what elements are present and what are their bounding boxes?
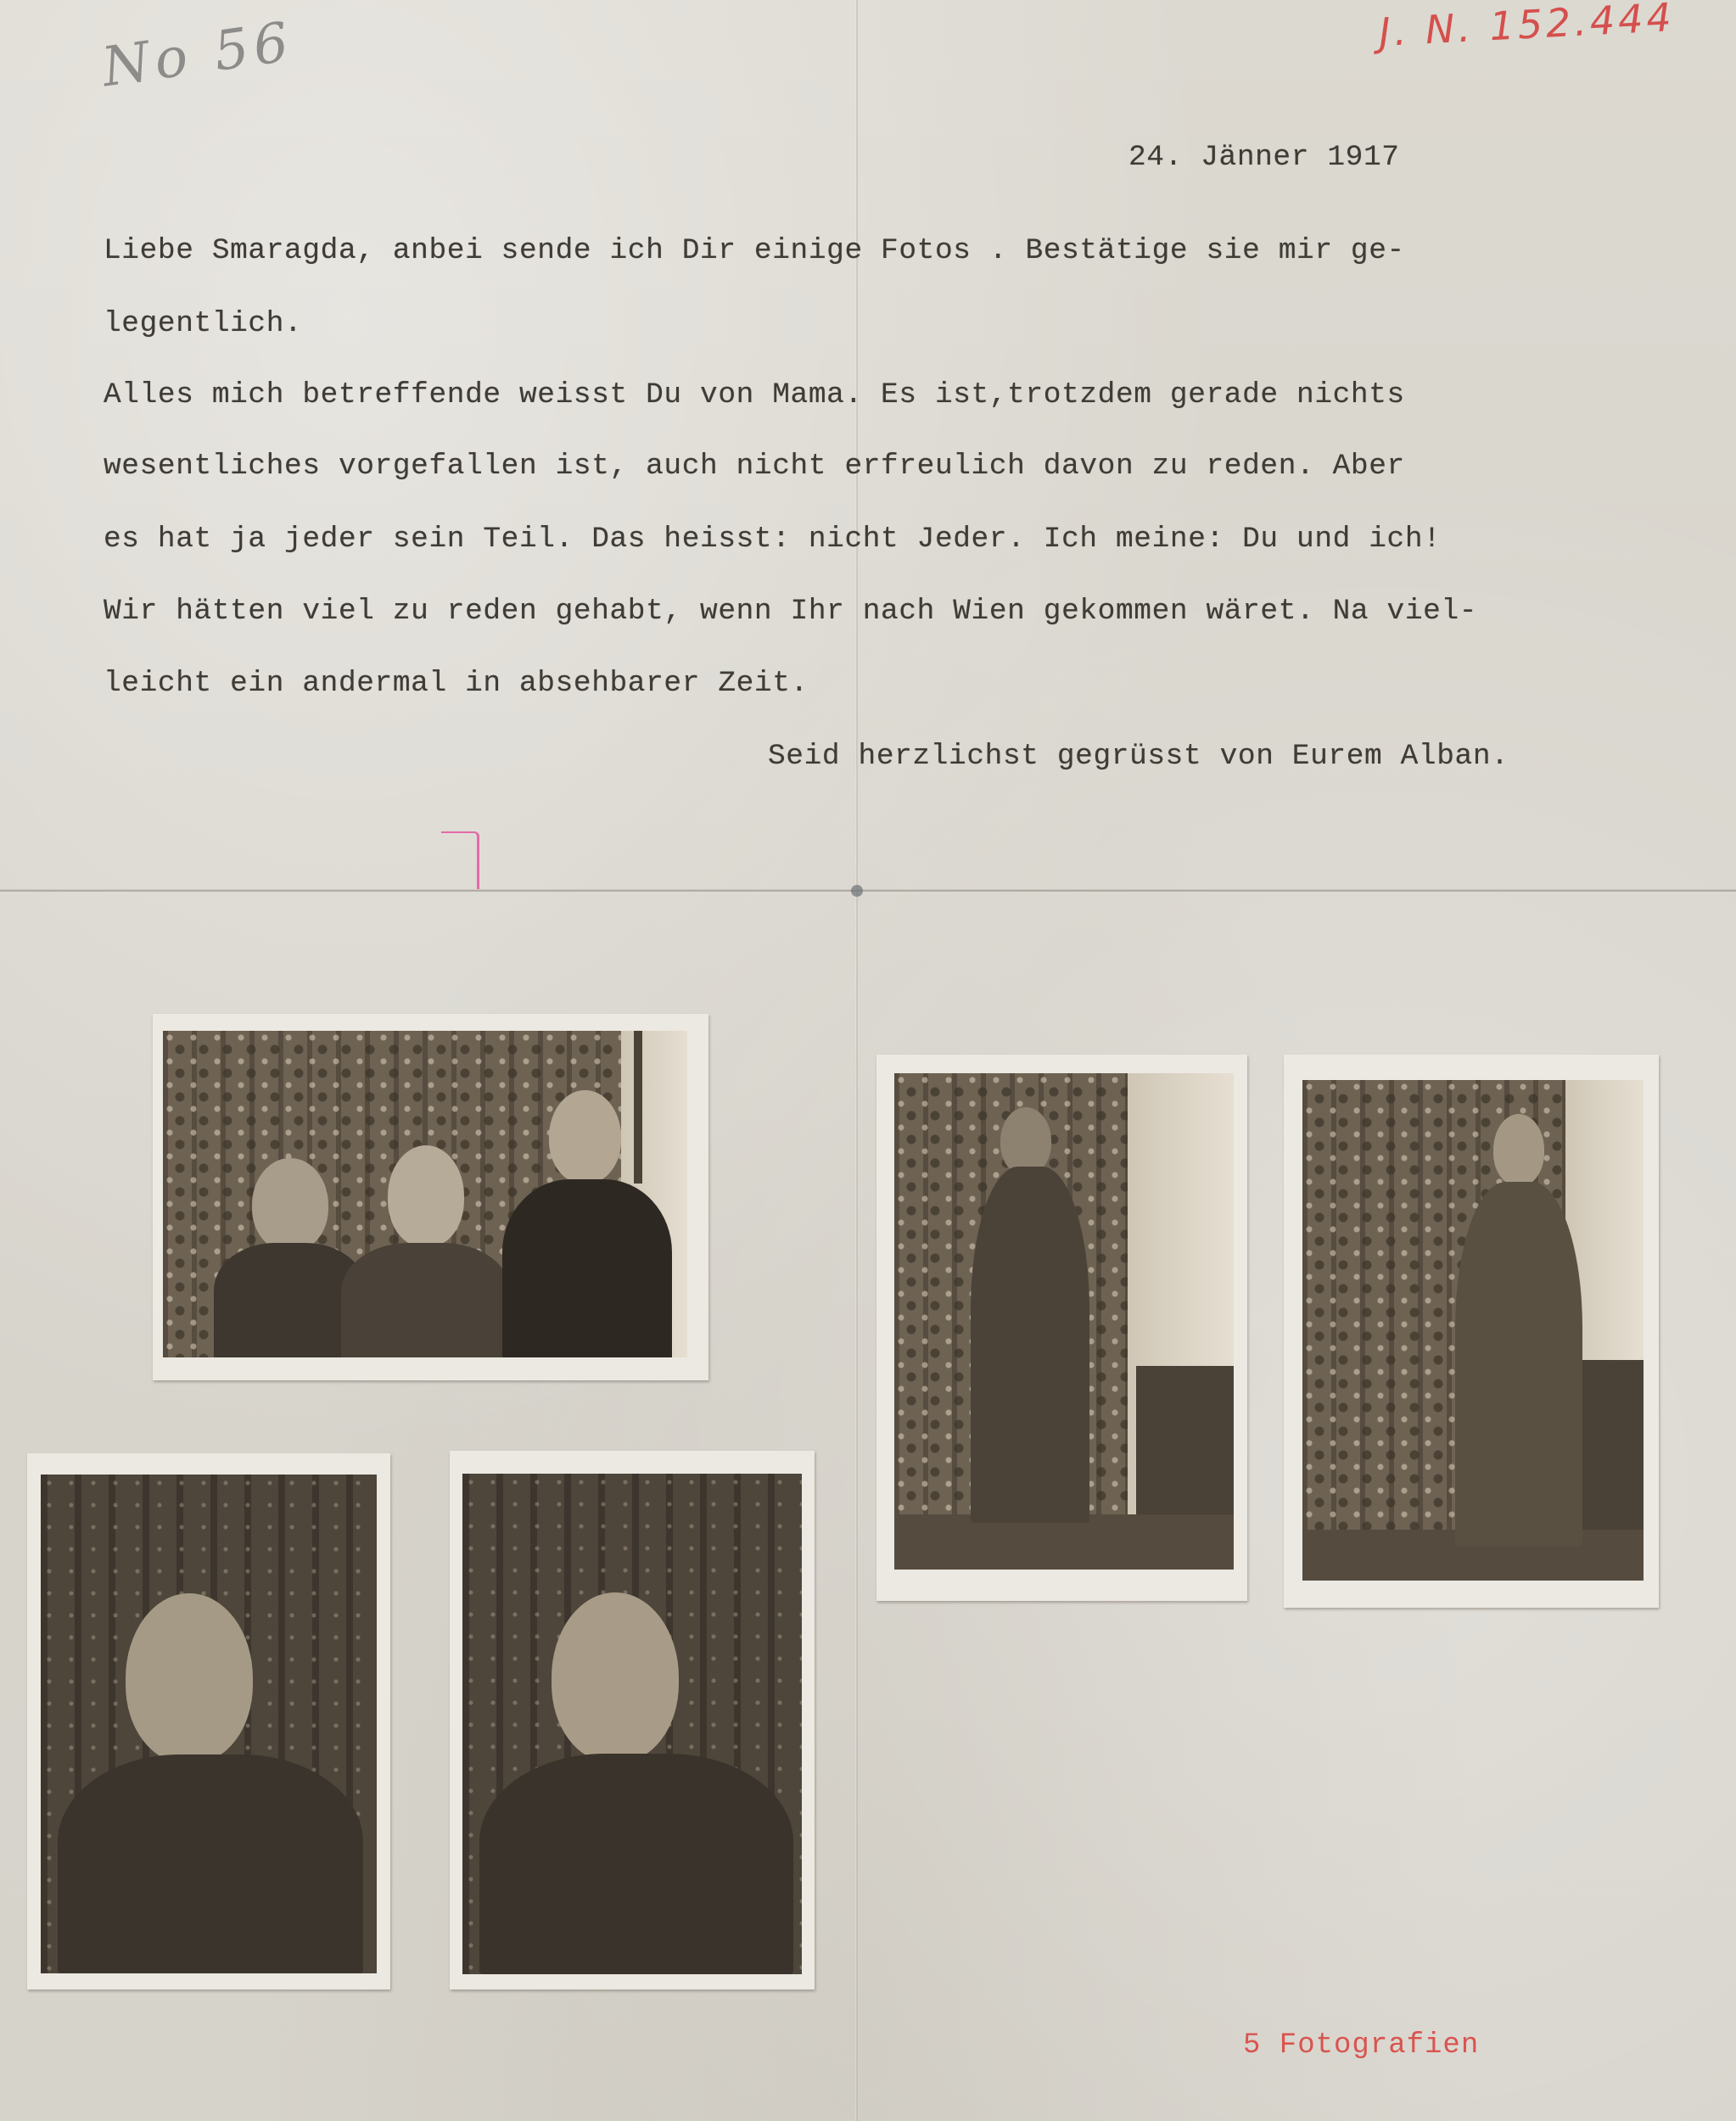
photo-soldier-standing-1 (876, 1055, 1247, 1601)
uniform (1455, 1182, 1582, 1547)
photo-group-portrait (153, 1014, 708, 1380)
letter-line-4: wesentliches vorgefallen ist, auch nicht… (104, 450, 1405, 483)
figure-bald-man (479, 1592, 793, 1974)
figure-bald-man (58, 1593, 363, 1973)
photo-group-image (163, 1031, 687, 1357)
letter-date: 24. Jänner 1917 (1128, 141, 1400, 174)
photo-portrait-2-image (462, 1474, 802, 1974)
head (126, 1593, 253, 1763)
photo-head-portrait-front (27, 1453, 390, 1989)
figure-woman-right (502, 1090, 672, 1357)
figure-man-center (341, 1145, 511, 1357)
head (1493, 1114, 1544, 1186)
photo-head-portrait-profile (450, 1451, 815, 1989)
photo-count-caption: 5 Fotografien (1243, 2029, 1479, 2062)
head (549, 1090, 621, 1184)
letter-line-1: Liebe Smaragda, anbei sende ich Dir eini… (104, 234, 1405, 267)
vertical-fold-crease (855, 0, 859, 2121)
uniform (341, 1243, 511, 1357)
letter-line-7: leicht ein andermal in absehbarer Zeit. (104, 667, 809, 700)
letter-line-2: legentlich. (104, 307, 302, 340)
fold-intersection-mark (851, 885, 863, 897)
horizontal-fold-crease (0, 889, 1736, 893)
photo-soldier-1-image (894, 1073, 1234, 1570)
head (552, 1592, 679, 1762)
head (1000, 1107, 1051, 1175)
letter-line-6: Wir hätten viel zu reden gehabt, wenn Ih… (104, 595, 1477, 628)
coat (502, 1179, 672, 1357)
photo-soldier-standing-2 (1284, 1055, 1659, 1608)
uniform (58, 1754, 363, 1973)
uniform (971, 1167, 1089, 1523)
letter-closing-signature: Seid herzlichst gegrüsst von Eurem Alban… (768, 740, 1509, 773)
photo-portrait-1-image (41, 1475, 377, 1973)
head (388, 1145, 464, 1247)
head (252, 1158, 328, 1251)
photo-soldier-2-image (1302, 1080, 1644, 1581)
figure-soldier (962, 1107, 1098, 1531)
letter-line-3: Alles mich betreffende weisst Du von Mam… (104, 378, 1405, 411)
uniform (479, 1754, 793, 1974)
figure-soldier (1447, 1114, 1591, 1555)
letter-line-5: es hat ja jeder sein Teil. Das heisst: n… (104, 523, 1441, 556)
pink-bracket-mark (441, 831, 479, 889)
